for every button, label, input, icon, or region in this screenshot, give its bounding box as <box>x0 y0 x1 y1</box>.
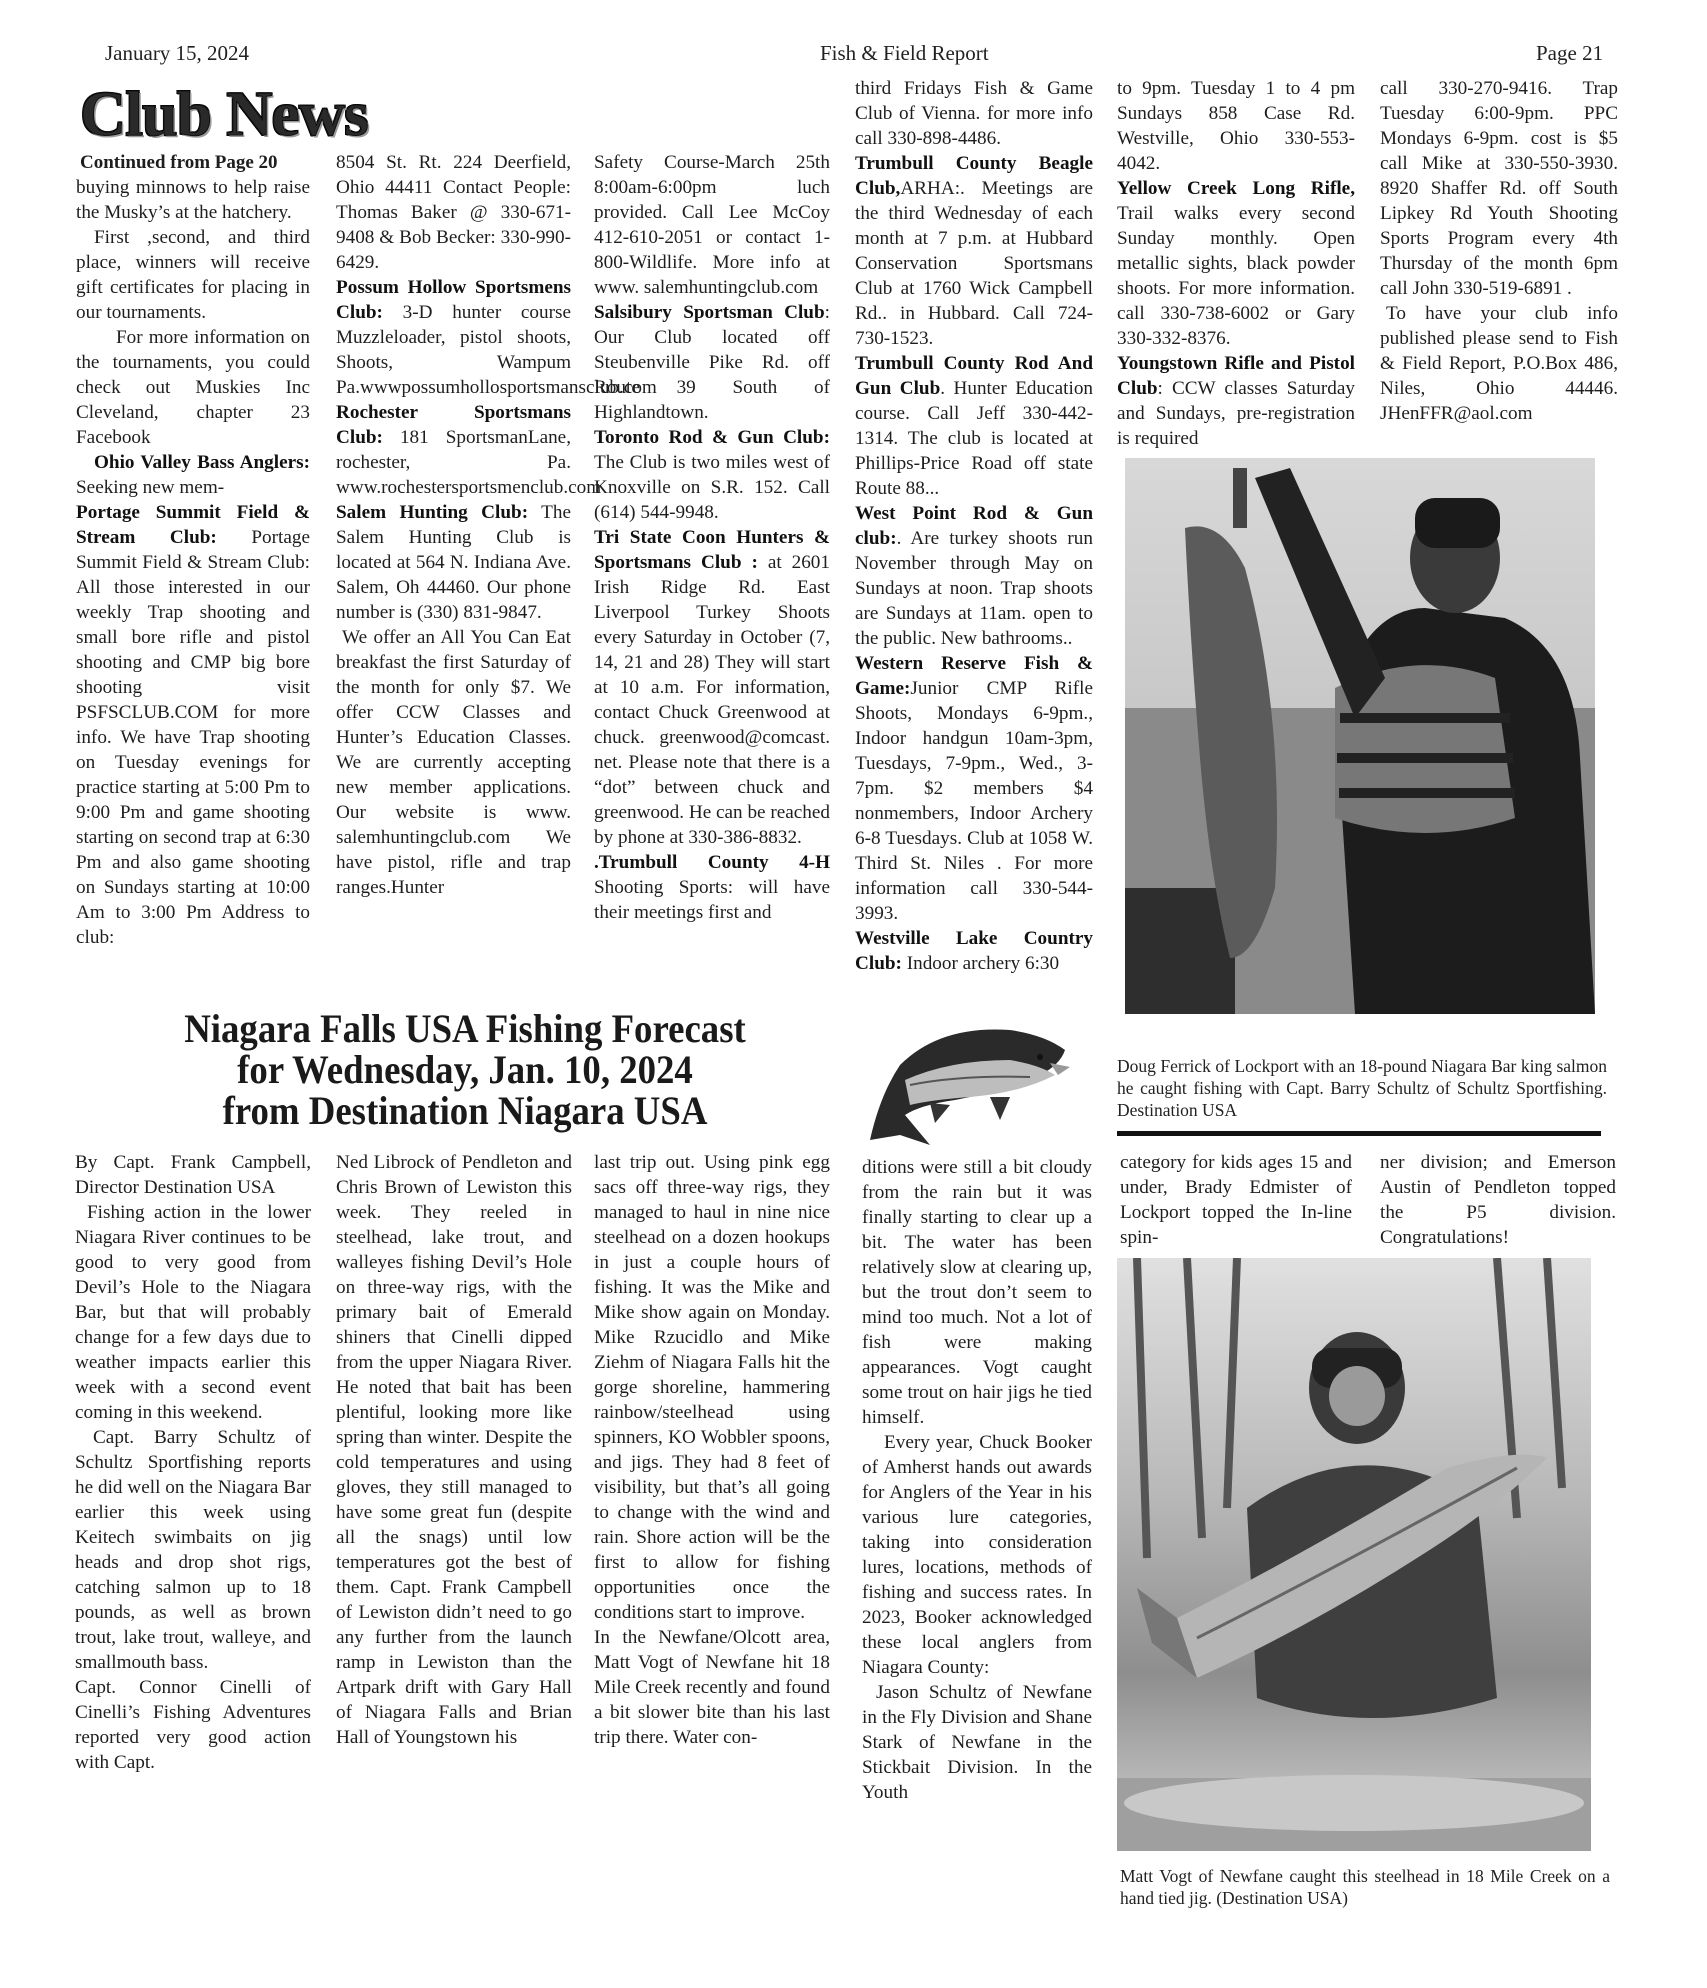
club-news-column-5: to 9pm. Tuesday 1 to 4 pm Sundays 858 Ca… <box>1117 76 1355 451</box>
paragraph: buying minnows to help raise the Musky’s… <box>76 175 310 225</box>
club-news-column-6: call 330-270-9416. Trap Tuesday 6:00-9pm… <box>1380 76 1618 426</box>
fish-icon <box>860 1005 1075 1145</box>
paragraph: category for kids ages 15 and under, Bra… <box>1120 1150 1352 1250</box>
club-entry-rochester: Rochester Sportsmans Club: 181 Sportsman… <box>336 400 571 500</box>
club-name: Salsibury Sportsman Club <box>594 302 825 323</box>
paragraph: call 330-270-9416. Trap Tuesday 6:00-9pm… <box>1380 76 1618 301</box>
paragraph: Capt. Barry Schultz of Schultz Sportfish… <box>75 1425 311 1675</box>
club-entry-west-point: West Point Rod & Gun club:. Are turkey s… <box>855 501 1093 651</box>
club-entry-westville: Westville Lake Country Club: Indoor arch… <box>855 926 1093 976</box>
club-name: Toronto Rod & Gun Club: <box>594 427 830 448</box>
club-entry-trumbull-4h: .Trumbull County 4-H Shooting Sports: wi… <box>594 850 830 925</box>
club-name: Ohio Valley Bass Anglers: <box>94 452 310 473</box>
paragraph: We offer an All You Can Eat breakfast th… <box>336 625 571 900</box>
club-name: Yellow Creek Long Rifle, <box>1117 178 1355 199</box>
club-news-column-1: Continued from Page 20 buying minnows to… <box>76 150 310 950</box>
paragraph: third Fridays Fish & Game Club of Vienna… <box>855 76 1093 151</box>
club-news-column-2: 8504 St. Rt. 224 Deerfield, Ohio 44411 C… <box>336 150 571 900</box>
salmon-photo <box>1125 458 1595 1014</box>
paragraph: ner division; and Emerson Austin of Pend… <box>1380 1150 1616 1250</box>
club-news-column-4: third Fridays Fish & Game Club of Vienna… <box>855 76 1093 976</box>
photo-caption: Doug Ferrick of Lockport with an 18-poun… <box>1117 1055 1607 1121</box>
paragraph: Capt. Connor Cinelli of Cinelli’s Fishin… <box>75 1675 311 1775</box>
club-entry-youngstown: Youngstown Rifle and Pistol Club: CCW cl… <box>1117 351 1355 451</box>
steelhead-angler-photo-icon <box>1117 1258 1591 1851</box>
forecast-column-2: Ned Librock of Pendleton and Chris Brown… <box>336 1150 572 1750</box>
club-entry-western-reserve: Western Reserve Fish & Game:Junior CMP R… <box>855 651 1093 926</box>
club-news-column-3: Safety Course-March 25th 8:00am-6:00pm l… <box>594 150 830 925</box>
section-title: Club News <box>80 82 368 146</box>
club-entry-toronto: Toronto Rod & Gun Club: The Club is two … <box>594 425 830 525</box>
salmon-illustration <box>860 1005 1075 1145</box>
club-entry-tri-state: Tri State Coon Hunters & Sportsmans Club… <box>594 525 830 850</box>
paragraph: Jason Schultz of Newfane in the Fly Divi… <box>862 1680 1092 1805</box>
paragraph: to 9pm. Tuesday 1 to 4 pm Sundays 858 Ca… <box>1117 76 1355 176</box>
section-divider <box>1117 1131 1601 1136</box>
forecast-headline: Niagara Falls USA Fishing Forecast for W… <box>106 1008 824 1131</box>
paragraph: Safety Course-March 25th 8:00am-6:00pm l… <box>594 150 830 300</box>
club-entry-possum-hollow: Possum Hollow Sportsmens Club: 3-D hunte… <box>336 275 571 400</box>
paragraph: ditions were still a bit cloudy from the… <box>862 1155 1092 1430</box>
club-entry-ohio-valley: Ohio Valley Bass Anglers: Seeking new me… <box>76 450 310 500</box>
club-entry-beagle: Trumbull County Beagle Club,ARHA:. Meeti… <box>855 151 1093 351</box>
paragraph: Every year, Chuck Booker of Amherst hand… <box>862 1430 1092 1680</box>
forecast-column-4: ditions were still a bit cloudy from the… <box>862 1155 1092 1805</box>
salmon-angler-photo-icon <box>1125 458 1595 1014</box>
club-entry-portage: Portage Summit Field & Stream Club: Port… <box>76 500 310 950</box>
club-entry-salem: Salem Hunting Club: The Salem Hunting Cl… <box>336 500 571 625</box>
paragraph: For more information on the tournaments,… <box>76 325 310 450</box>
paragraph: last trip out. Using pink egg sacs off t… <box>594 1150 830 1625</box>
paragraph: First ,second, and third place, winners … <box>76 225 310 325</box>
club-name: .Trumbull County 4-H <box>594 852 830 873</box>
forecast-column-6: ner division; and Emerson Austin of Pend… <box>1380 1150 1616 1250</box>
forecast-column-3: last trip out. Using pink egg sacs off t… <box>594 1150 830 1750</box>
forecast-column-5: category for kids ages 15 and under, Bra… <box>1120 1150 1352 1250</box>
forecast-column-1: By Capt. Frank Campbell, Director Destin… <box>75 1150 311 1775</box>
issue-date: January 15, 2024 <box>105 41 249 66</box>
club-name: Salem Hunting Club: <box>336 502 528 523</box>
continued-label: Continued from Page 20 <box>76 150 310 175</box>
page-number: Page 21 <box>1536 41 1603 66</box>
photo-caption: Matt Vogt of Newfane caught this steelhe… <box>1120 1865 1610 1909</box>
paragraph: In the Newfane/Olcott area, Matt Vogt of… <box>594 1625 830 1750</box>
steelhead-photo <box>1117 1258 1591 1851</box>
club-entry-salsibury: Salsibury Sportsman Club: Our Club locat… <box>594 300 830 425</box>
byline: By Capt. Frank Campbell, Director Destin… <box>75 1150 311 1200</box>
paragraph: 8504 St. Rt. 224 Deerfield, Ohio 44411 C… <box>336 150 571 275</box>
club-entry-trumbull-rod-gun: Trumbull County Rod And Gun Club. Hunter… <box>855 351 1093 501</box>
paragraph: Fishing action in the lower Niagara Rive… <box>75 1200 311 1425</box>
club-entry-yellow-creek: Yellow Creek Long Rifle, Trail walks eve… <box>1117 176 1355 351</box>
submission-note: To have your club info published please … <box>1380 301 1618 426</box>
publication-name: Fish & Field Report <box>820 41 989 66</box>
paragraph: Ned Librock of Pendleton and Chris Brown… <box>336 1150 572 1750</box>
